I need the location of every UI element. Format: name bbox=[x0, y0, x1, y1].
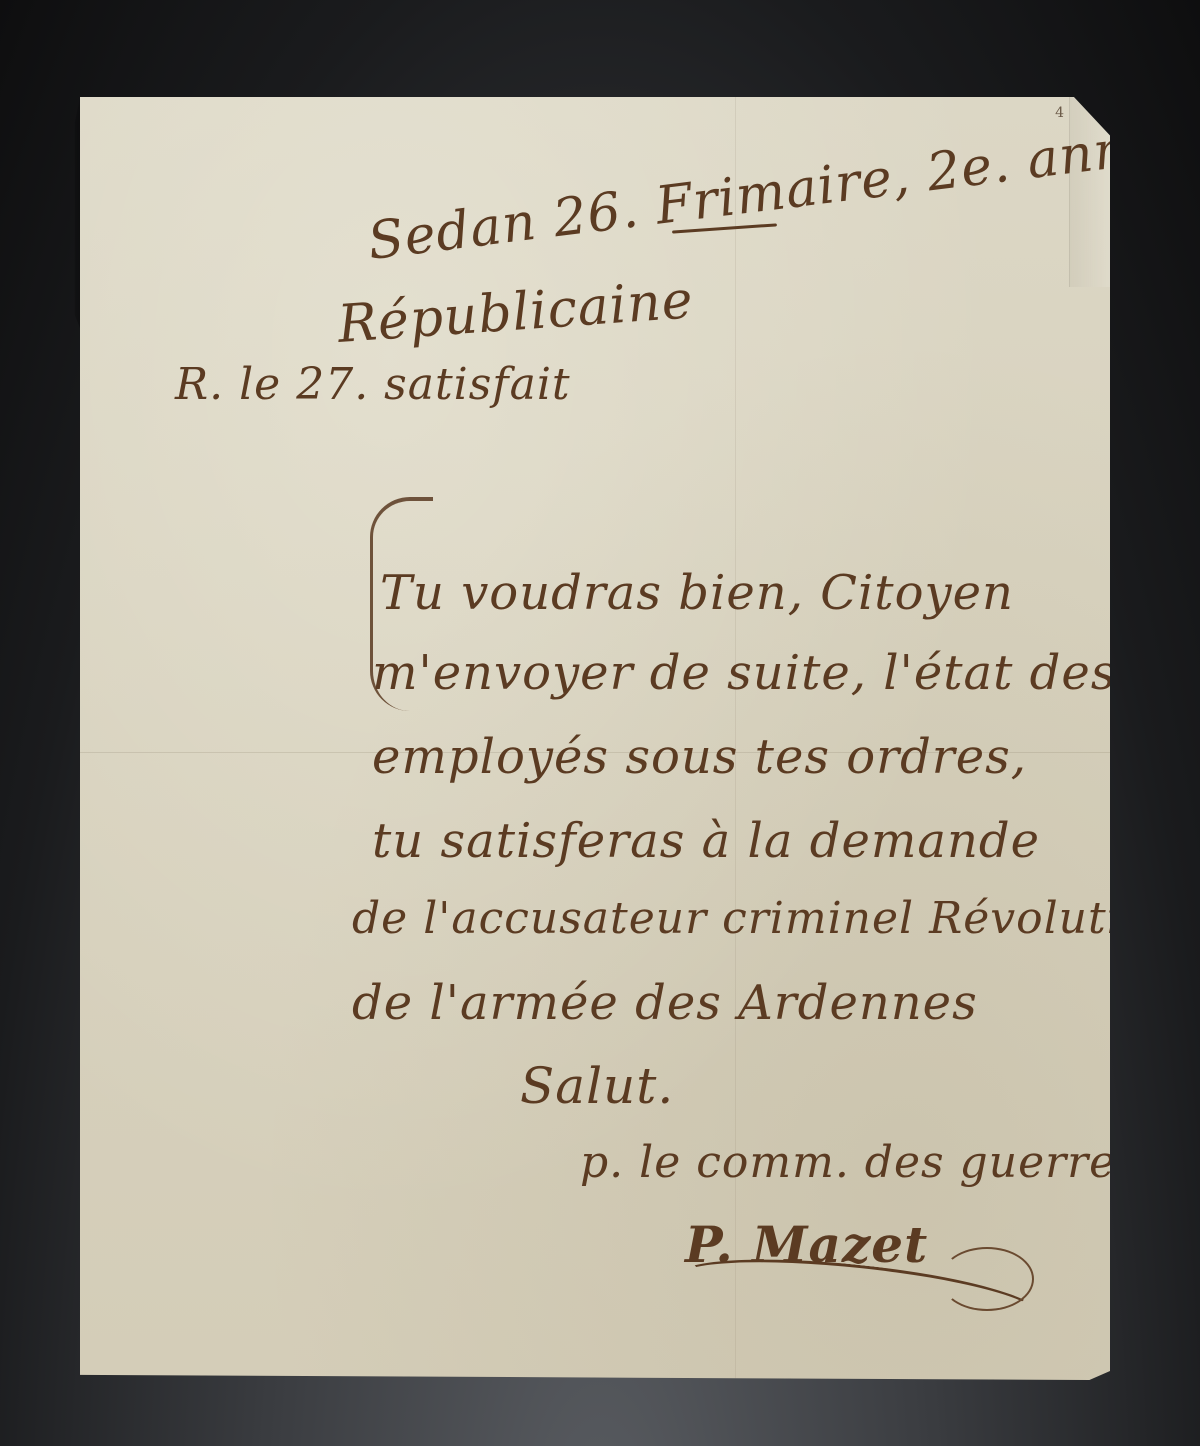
body-line-6: de l'armée des Ardennes bbox=[352, 975, 978, 1031]
closing-salutation: Salut. bbox=[520, 1057, 674, 1115]
signature-paraph bbox=[940, 1247, 1034, 1311]
received-annotation: R. le 27. satisfait bbox=[175, 359, 571, 410]
body-line-3: employés sous tes ordres, bbox=[372, 729, 1027, 785]
body-line-1: Tu voudras bien, Citoyen bbox=[380, 565, 1014, 621]
body-line-4: tu satisferas à la demande bbox=[372, 813, 1040, 869]
on-behalf-line: p. le comm. des guerres bbox=[580, 1137, 1140, 1188]
dateline-republican-year: Républicaine bbox=[336, 270, 696, 355]
corner-mark: 4 bbox=[1055, 105, 1064, 121]
body-line-2: m'envoyer de suite, l'état des bbox=[372, 645, 1116, 701]
letter-paper: 4 Sedan 26. Frimaire, 2e. année Républic… bbox=[80, 97, 1110, 1380]
body-line-5: de l'accusateur criminel Révolutionnaire bbox=[352, 893, 1200, 944]
